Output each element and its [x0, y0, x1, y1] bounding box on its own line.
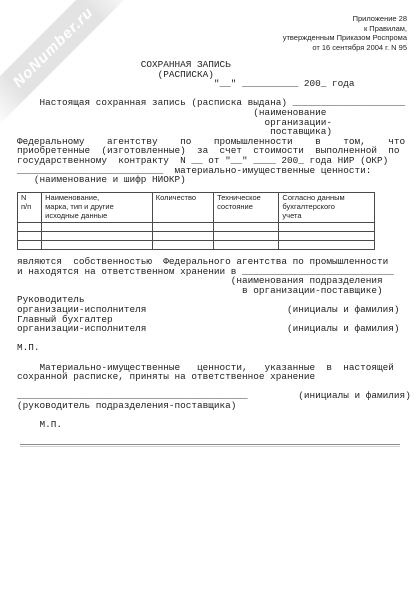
table-cell [152, 223, 213, 232]
field-caption: (наименование и шифр НИОКР) [17, 175, 405, 185]
appendix-note: Приложение 28 к Правилам, утвержденным П… [283, 14, 407, 52]
table-cell [18, 223, 42, 232]
appendix-line: Приложение 28 [283, 14, 407, 24]
body-line: сохранной расписке, приняты на ответстве… [17, 372, 411, 382]
field-caption: (руководитель подразделения-поставщика) [17, 401, 411, 411]
table-header-condition: Техническое состояние [214, 193, 279, 223]
table-cell [279, 223, 375, 232]
items-table: N п/п Наименование, марка, тип и другие … [17, 192, 375, 250]
table-row [18, 241, 375, 250]
table-cell [152, 241, 213, 250]
table-cell [18, 232, 42, 241]
table-cell [42, 241, 153, 250]
table-cell [214, 223, 279, 232]
document-upper-body: СОХРАННАЯ ЗАПИСЬ (РАСПИСКА) "__" _______… [17, 60, 405, 185]
appendix-line: утвержденным Приказом Роспрома [283, 33, 407, 43]
blank-line [17, 334, 411, 344]
table-cell [42, 232, 153, 241]
stamp-mark: М.П. [17, 343, 411, 353]
document-page: NoNumber.ru Приложение 28 к Правилам, ут… [0, 0, 420, 600]
appendix-line: от 16 сентября 2004 г. N 95 [283, 43, 407, 53]
date-line: "__" __________ 200_ года [17, 79, 405, 89]
document-lower-body: являются собственностью Федерального аге… [17, 257, 411, 430]
table-cell [42, 223, 153, 232]
blank-line [17, 411, 411, 421]
bottom-separator [20, 444, 400, 447]
signature-line: организации-исполнителя (инициалы и фами… [17, 324, 411, 334]
stamp-mark: М.П. [17, 420, 411, 430]
table-row [18, 223, 375, 232]
table-header-name: Наименование, марка, тип и другие исходн… [42, 193, 153, 223]
table-header-number: N п/п [18, 193, 42, 223]
appendix-line: к Правилам, [283, 24, 407, 34]
table-cell [18, 241, 42, 250]
table-cell [279, 241, 375, 250]
table-header-row: N п/п Наименование, марка, тип и другие … [18, 193, 375, 223]
table-header-accounting: Согласно данным бухгалтерского учета [279, 193, 375, 223]
table-cell [279, 232, 375, 241]
table-cell [152, 232, 213, 241]
table-cell [214, 241, 279, 250]
table-header-quantity: Количество [152, 193, 213, 223]
table-row [18, 232, 375, 241]
table-cell [214, 232, 279, 241]
